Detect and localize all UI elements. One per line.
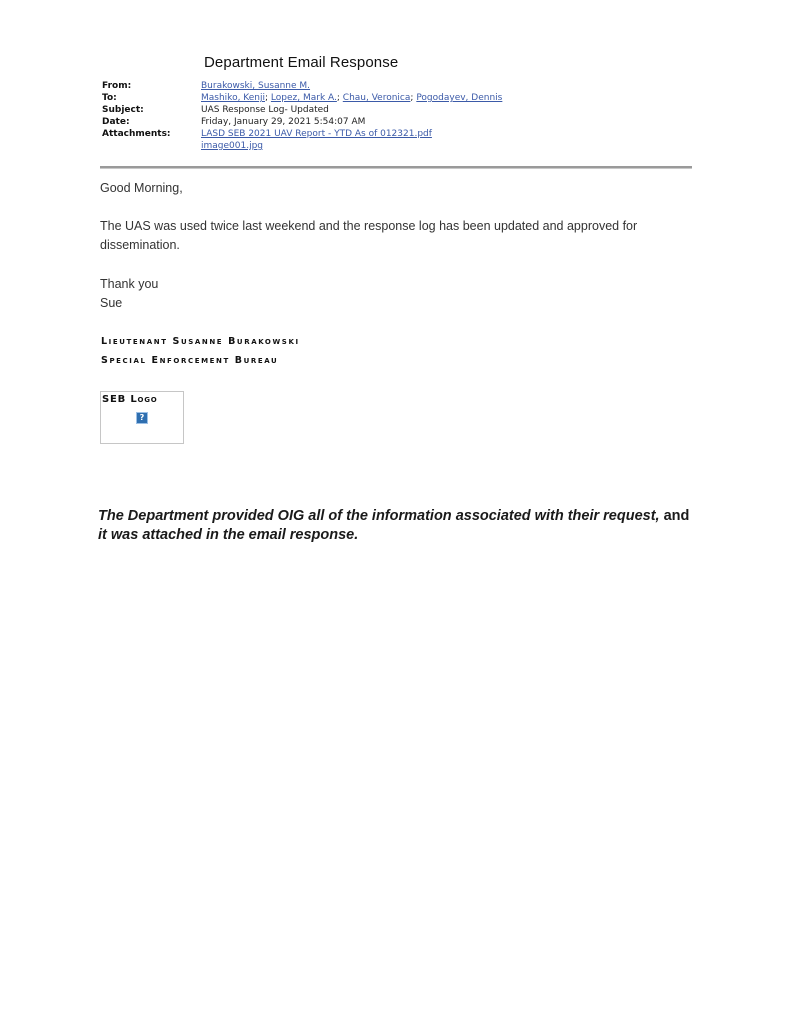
document-title: Department Email Response [204, 54, 398, 71]
attachment-link-pdf[interactable]: LASD SEB 2021 UAV Report - YTD As of 012… [201, 129, 432, 139]
to-recipient-link[interactable]: Chau, Veronica [343, 93, 411, 103]
email-header: From: Burakowski, Susanne M. To: Mashiko… [102, 80, 502, 152]
date-label: Date: [102, 116, 201, 128]
from-link[interactable]: Burakowski, Susanne M. [201, 81, 310, 91]
closing: Thank you [100, 275, 158, 294]
body-paragraph-line2: dissemination. [100, 236, 180, 255]
header-row-from: From: Burakowski, Susanne M. [102, 80, 502, 92]
attachments-label: Attachments: [102, 128, 201, 140]
subject-label: Subject: [102, 104, 201, 116]
from-label: From: [102, 80, 201, 92]
logo-alt-text: SEB Logo [102, 394, 158, 405]
subject-value: UAS Response Log- Updated [201, 104, 329, 116]
body-paragraph-line1: The UAS was used twice last weekend and … [100, 217, 637, 236]
date-value: Friday, January 29, 2021 5:54:07 AM [201, 116, 365, 128]
seb-logo-placeholder: SEB Logo ? [100, 391, 184, 444]
oig-note: The Department provided OIG all of the i… [98, 507, 748, 545]
to-recipient-link[interactable]: Mashiko, Kenji [201, 93, 265, 103]
oig-note-text: The Department provided OIG all of the i… [98, 508, 664, 524]
header-row-attachments: Attachments: LASD SEB 2021 UAV Report - … [102, 128, 502, 140]
oig-note-last-word: and [664, 508, 690, 524]
to-label: To: [102, 92, 201, 104]
greeting: Good Morning, [100, 179, 183, 198]
broken-image-question-icon: ? [136, 412, 148, 424]
oig-note-line2: it was attached in the email response. [98, 527, 358, 543]
signature-name-title: Lieutenant Susanne Burakowski [101, 336, 300, 347]
header-row-to: To: Mashiko, Kenji; Lopez, Mark A.; Chau… [102, 92, 502, 104]
to-recipient-link[interactable]: Lopez, Mark A. [271, 93, 337, 103]
header-row-subject: Subject: UAS Response Log- Updated [102, 104, 502, 116]
header-divider [100, 166, 692, 169]
header-row-date: Date: Friday, January 29, 2021 5:54:07 A… [102, 116, 502, 128]
attachment-link-image[interactable]: image001.jpg [201, 141, 263, 151]
signature-unit: Special Enforcement Bureau [101, 355, 278, 366]
header-row-attachments-2: image001.jpg [102, 140, 502, 152]
sender-short-name: Sue [100, 294, 122, 313]
to-recipient-link[interactable]: Pogodayev, Dennis [416, 93, 502, 103]
